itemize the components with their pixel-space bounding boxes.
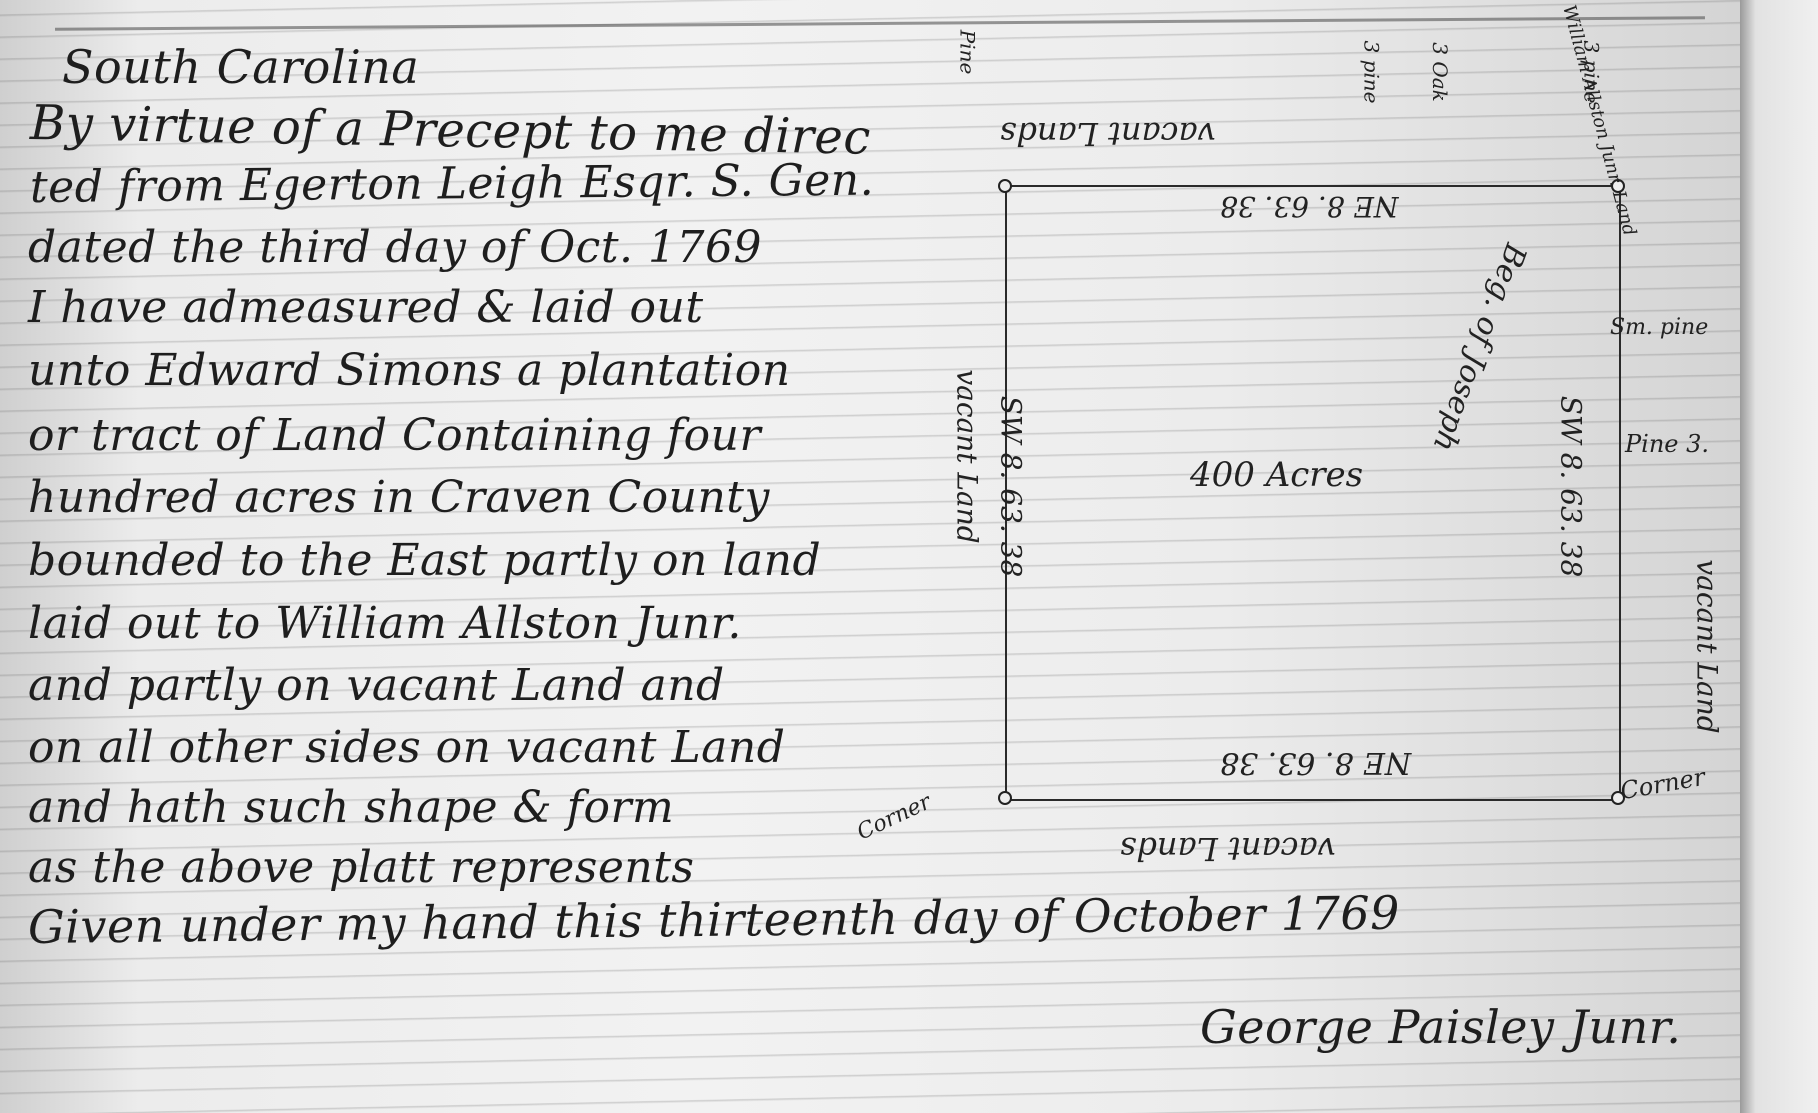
corner-marker [998,791,1012,805]
text-line-3: dated the third day of Oct. 1769 [28,222,762,273]
top-bearing: NE 8. 63. 38 [1220,190,1399,223]
bottom-outside-label: vacant Lands [1120,830,1336,868]
text-line-14: Given under my hand this thirteenth day … [28,886,1400,954]
text-line-9: laid out to William Allston Junr. [28,598,742,649]
area-label: 400 Acres [1190,455,1363,495]
left-bearing: SW 8. 63. 38 [994,396,1027,578]
corner-label-top-left: Pine [955,30,979,75]
right-outside-label: vacant Land [1691,559,1724,733]
corner-label-sm-pine: Sm. pine [1610,315,1708,340]
corner-label-oak: 3 Oak [1428,42,1452,102]
page-edge [1740,0,1818,1113]
heading: South Carolina [62,40,419,94]
text-line-4: I have admeasured & laid out [28,282,704,333]
right-bearing: SW 8. 63. 38 [1554,396,1587,578]
top-outside-label: vacant Lands [1000,115,1216,153]
text-line-2: ted from Egerton Leigh Esqr. S. Gen. [30,155,875,213]
document-page: South Carolina By virtue of a Precept to… [0,0,1740,1113]
corner-marker [998,179,1012,193]
text-line-5: unto Edward Simons a plantation [28,345,791,396]
corner-label-top-mid: 3 pine [1360,41,1384,104]
text-line-10: and partly on vacant Land and [28,660,725,711]
left-outside-label: vacant Land [951,369,984,543]
corner-label-bottom-right: Corner [1618,763,1707,805]
text-line-7: hundred acres in Craven County [28,472,770,523]
bottom-bearing: NE 8. 63. 38 [1220,745,1411,780]
ruled-line [55,16,1705,31]
text-line-8: bounded to the East partly on land [28,535,821,586]
signature: George Paisley Junr. [1200,1000,1681,1054]
corner-label-bottom-left: Corner [853,790,935,846]
text-line-12: and hath such shape & form [28,782,674,833]
text-line-6: or tract of Land Containing four [28,410,761,461]
text-line-13: as the above platt represents [28,842,694,893]
corner-label-pine-3: Pine 3. [1625,430,1709,458]
text-line-11: on all other sides on vacant Land [28,722,785,773]
